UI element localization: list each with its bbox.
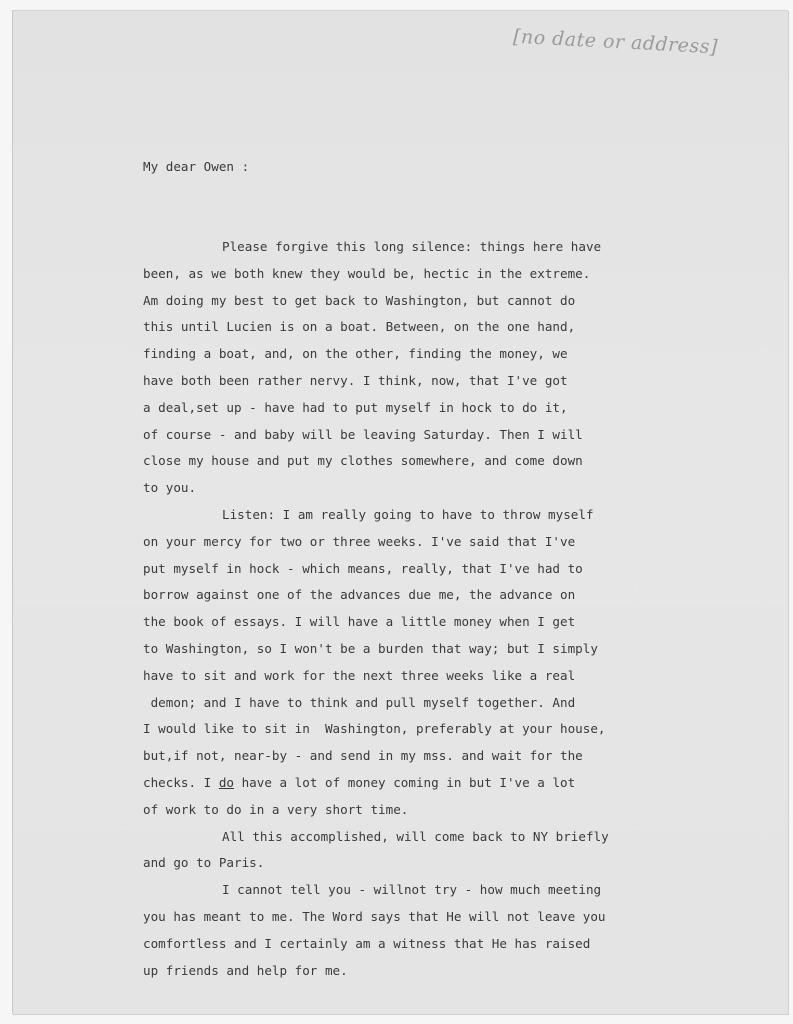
salutation: My dear Owen : [143,154,743,181]
text-line: this until Lucien is on a boat. Between,… [143,314,743,341]
text-line: and go to Paris. [143,850,743,877]
text-line: close my house and put my clothes somewh… [143,448,743,475]
text-line: have to sit and work for the next three … [143,663,743,690]
letter-paragraphs: Please forgive this long silence: things… [143,234,743,984]
handwritten-annotation: [no date or address] [513,26,719,59]
paragraph: All this accomplished, will come back to… [143,824,743,878]
text-line: finding a boat, and, on the other, findi… [143,341,743,368]
text-line: checks. I do have a lot of money coming … [143,770,743,797]
paragraph: Listen: I am really going to have to thr… [143,502,743,824]
letter-body: My dear Owen : Please forgive this long … [143,100,743,1011]
text-line: Am doing my best to get back to Washingt… [143,288,743,315]
text-line: to you. [143,475,743,502]
text-line: you has meant to me. The Word says that … [143,904,743,931]
paragraph: Please forgive this long silence: things… [143,234,743,502]
paragraph: I cannot tell you - willnot try - how mu… [143,877,743,984]
text-line: been, as we both knew they would be, hec… [143,261,743,288]
text-line: but,if not, near-by - and send in my mss… [143,743,743,770]
underlined-word: do [219,775,234,790]
text-line: demon; and I have to think and pull myse… [143,690,743,717]
text-line: to Washington, so I won't be a burden th… [143,636,743,663]
text-line: the book of essays. I will have a little… [143,609,743,636]
text-line: All this accomplished, will come back to… [143,824,743,851]
text-line: have both been rather nervy. I think, no… [143,368,743,395]
text-line: of work to do in a very short time. [143,797,743,824]
text-line: borrow against one of the advances due m… [143,582,743,609]
text-line: comfortless and I certainly am a witness… [143,931,743,958]
text-line: Please forgive this long silence: things… [143,234,743,261]
text-line: up friends and help for me. [143,958,743,985]
text-line: put myself in hock - which means, really… [143,556,743,583]
text-line: I would like to sit in Washington, prefe… [143,716,743,743]
text-line: Listen: I am really going to have to thr… [143,502,743,529]
text-line: of course - and baby will be leaving Sat… [143,422,743,449]
text-line: a deal,set up - have had to put myself i… [143,395,743,422]
text-line: on your mercy for two or three weeks. I'… [143,529,743,556]
text-line: I cannot tell you - willnot try - how mu… [143,877,743,904]
